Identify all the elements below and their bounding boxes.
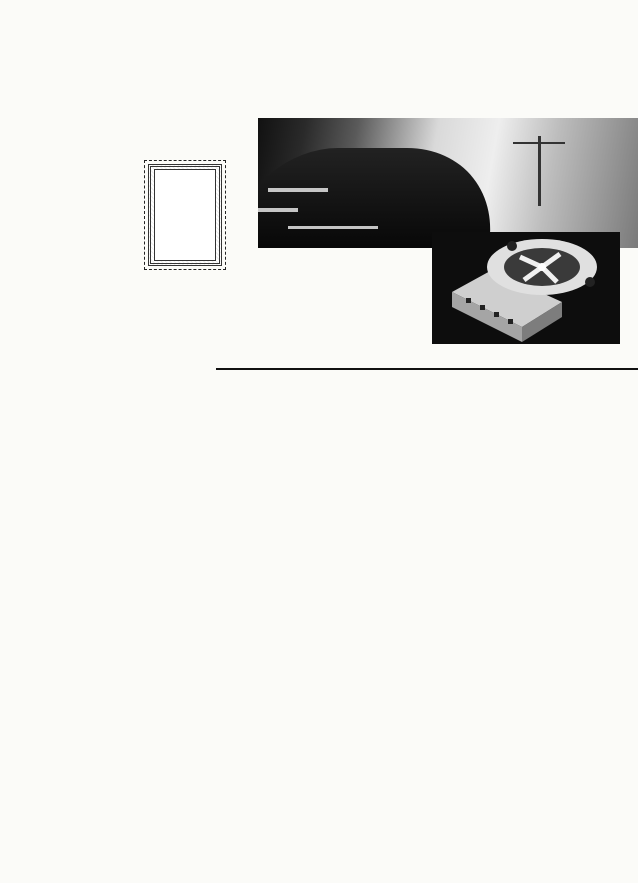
- column-1-top: [18, 174, 142, 179]
- horizontal-rule: [216, 368, 638, 370]
- column-2-text: [144, 272, 264, 277]
- motion-streak: [258, 208, 298, 212]
- intro-paragraph: [18, 104, 416, 105]
- headline: [0, 8, 638, 12]
- supercharger-device-icon: [432, 232, 620, 344]
- motion-streak: [288, 226, 378, 229]
- column-3: [270, 374, 416, 379]
- guarantee-border: [148, 164, 222, 266]
- guarantee-certificate: [144, 160, 226, 270]
- speeding-car-photo: [258, 118, 638, 248]
- mini-supercharger-photo: [432, 232, 620, 344]
- guarantee-box: [154, 169, 216, 261]
- telephone-pole: [538, 136, 541, 206]
- motion-streak: [268, 188, 328, 192]
- photo-caption: [266, 252, 424, 253]
